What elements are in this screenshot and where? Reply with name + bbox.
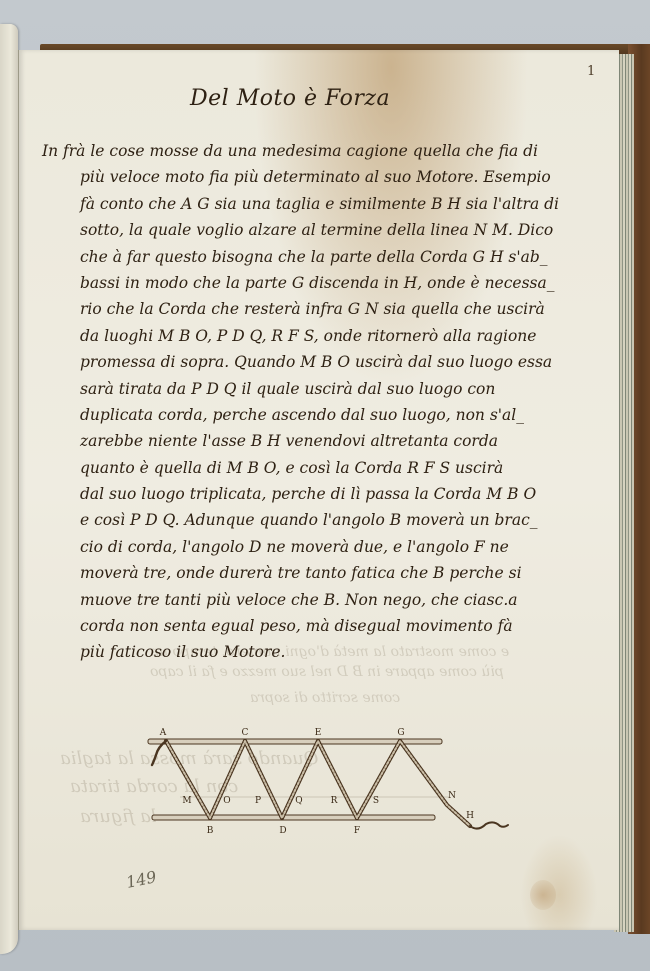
label-m: M (182, 796, 191, 806)
label-n: N (448, 791, 456, 801)
label-s: S (373, 796, 379, 806)
label-h: H (466, 811, 474, 821)
label-g: G (397, 728, 404, 738)
label-r: R (331, 796, 338, 806)
label-a: A (159, 728, 167, 738)
pulley-diagram: A C E G B D F M O P Q R S N H (0, 0, 650, 971)
lower-pulley-bar (152, 815, 435, 820)
label-c: C (242, 728, 249, 738)
label-f: F (354, 826, 360, 836)
label-b: B (207, 826, 214, 836)
label-e: E (315, 728, 322, 738)
label-p: P (255, 796, 261, 806)
label-d: D (279, 826, 286, 836)
label-o: O (223, 796, 230, 806)
paper-stain (530, 880, 556, 910)
label-q: Q (295, 796, 302, 806)
